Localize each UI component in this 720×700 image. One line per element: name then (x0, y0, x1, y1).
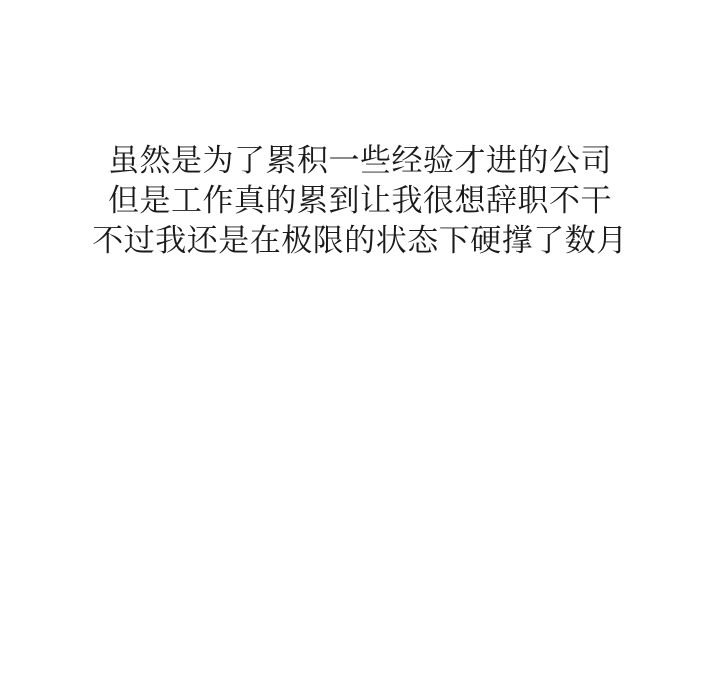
narration-line-2: 但是工作真的累到让我很想辞职不干 (0, 181, 720, 221)
narration-line-1: 虽然是为了累积一些经验才进的公司 (0, 141, 720, 181)
narration-text-block: 虽然是为了累积一些经验才进的公司 但是工作真的累到让我很想辞职不干 不过我还是在… (0, 141, 720, 261)
narration-line-3: 不过我还是在极限的状态下硬撑了数月 (0, 221, 720, 261)
